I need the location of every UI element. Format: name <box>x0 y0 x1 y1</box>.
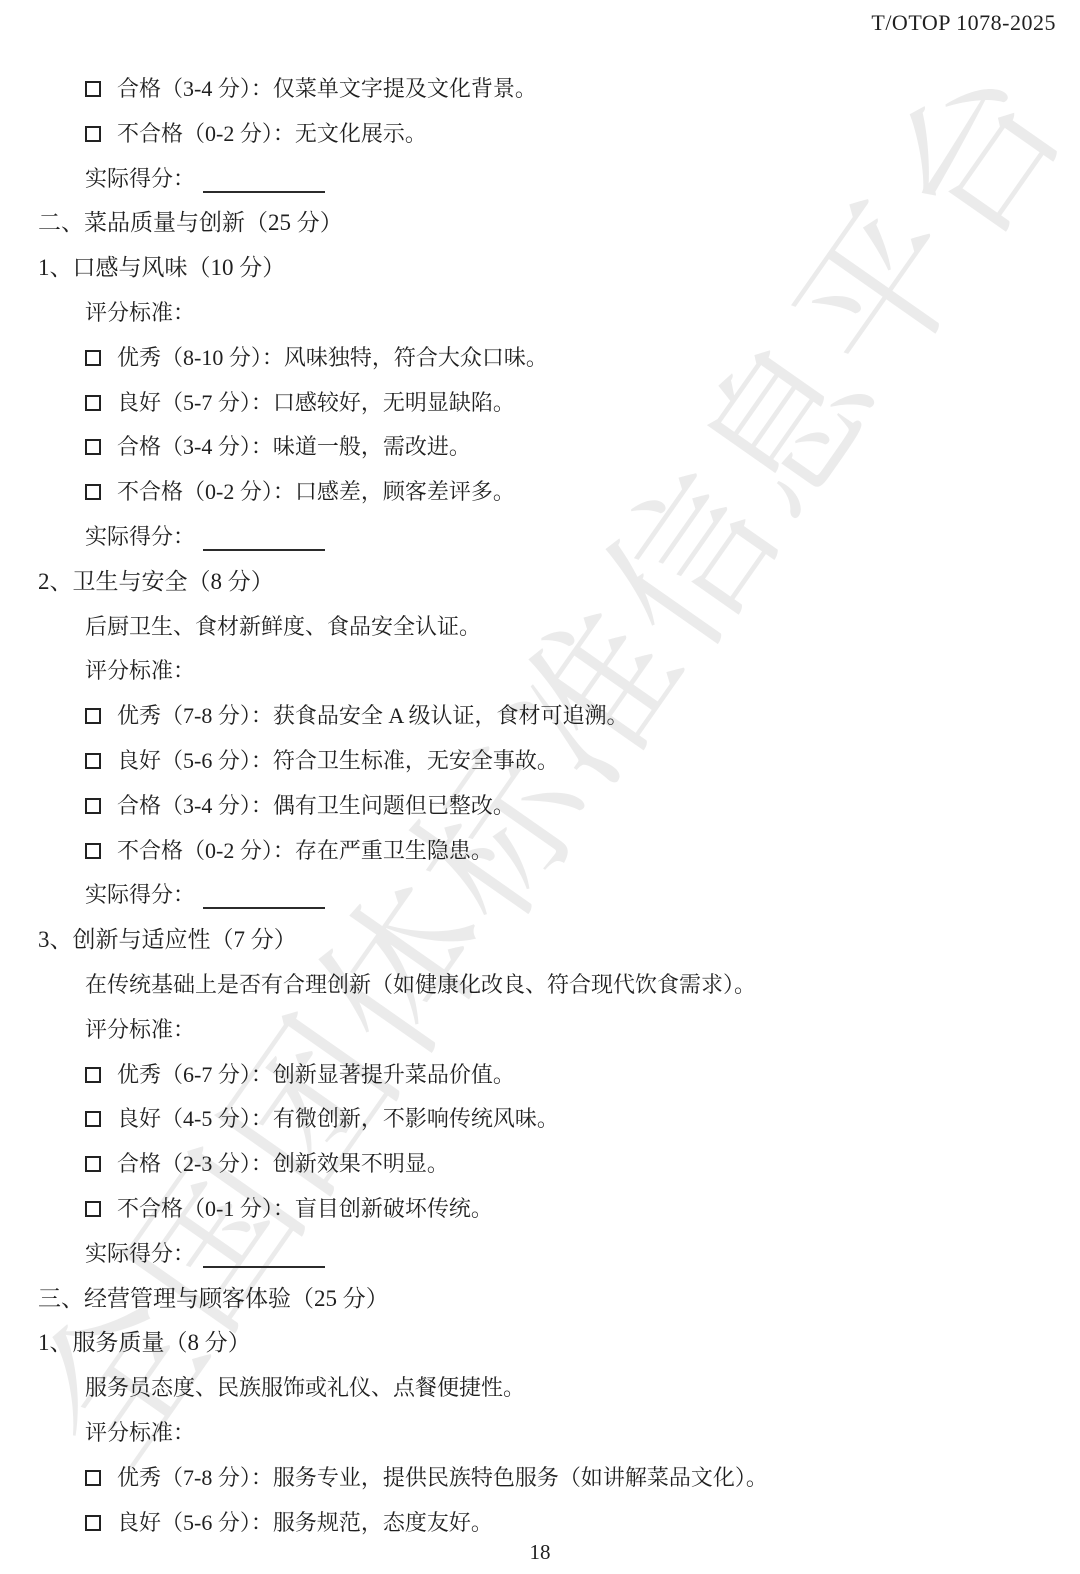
score-line-row: 实际得分： <box>85 164 1055 194</box>
criteria-description: 后厨卫生、食材新鲜度、食品安全认证。 <box>85 612 1055 642</box>
checkbox-icon[interactable] <box>85 1111 101 1127</box>
criteria-option-row: 不合格（0-1 分）：盲目创新破坏传统。 <box>85 1194 1055 1224</box>
checkbox-option-label: 优秀（7-8 分）：获食品安全 A 级认证，食材可追溯。 <box>117 703 629 728</box>
criteria-label: 评分标准： <box>85 1015 1055 1045</box>
checkbox-option-label: 优秀（8-10 分）：风味独特，符合大众口味。 <box>117 345 548 370</box>
score-label: 实际得分： <box>85 524 195 549</box>
criteria-option-row: 优秀（7-8 分）：获食品安全 A 级认证，食材可追溯。 <box>85 701 1055 731</box>
criteria-option-row: 合格（3-4 分）：仅菜单文字提及文化背景。 <box>85 74 1055 104</box>
criteria-label: 评分标准： <box>85 656 1055 686</box>
criteria-option-row: 不合格（0-2 分）：存在严重卫生隐患。 <box>85 836 1055 866</box>
checkbox-icon[interactable] <box>85 1156 101 1172</box>
checkbox-option-label: 良好（5-7 分）：口感较好，无明显缺陷。 <box>117 390 515 415</box>
subsection-heading: 1、服务质量（8 分） <box>38 1328 1055 1358</box>
score-blank-field[interactable] <box>203 885 325 909</box>
checkbox-option-label: 优秀（7-8 分）：服务专业，提供民族特色服务（如讲解菜品文化）。 <box>117 1465 768 1490</box>
score-line-row: 实际得分： <box>85 522 1055 552</box>
criteria-option-row: 不合格（0-2 分）：口感差，顾客差评多。 <box>85 477 1055 507</box>
checkbox-icon[interactable] <box>85 1067 101 1083</box>
checkbox-option-label: 合格（3-4 分）：味道一般，需改进。 <box>117 434 471 459</box>
criteria-option-row: 优秀（7-8 分）：服务专业，提供民族特色服务（如讲解菜品文化）。 <box>85 1463 1055 1493</box>
checkbox-option-label: 合格（3-4 分）：仅菜单文字提及文化背景。 <box>117 76 537 101</box>
page-number: 18 <box>0 1540 1080 1565</box>
subsection-heading: 2、卫生与安全（8 分） <box>38 567 1055 597</box>
checkbox-icon[interactable] <box>85 395 101 411</box>
checkbox-icon[interactable] <box>85 126 101 142</box>
criteria-option-row: 良好（5-7 分）：口感较好，无明显缺陷。 <box>85 388 1055 418</box>
score-line-row: 实际得分： <box>85 1239 1055 1269</box>
criteria-option-row: 合格（3-4 分）：偶有卫生问题但已整改。 <box>85 791 1055 821</box>
criteria-option-row: 良好（5-6 分）：符合卫生标准，无安全事故。 <box>85 746 1055 776</box>
checkbox-option-label: 良好（5-6 分）：服务规范，态度友好。 <box>117 1510 493 1535</box>
criteria-description: 在传统基础上是否有合理创新（如健康化改良、符合现代饮食需求）。 <box>85 970 1055 1000</box>
checkbox-icon[interactable] <box>85 1515 101 1531</box>
checkbox-option-label: 合格（2-3 分）：创新效果不明显。 <box>117 1151 449 1176</box>
checkbox-option-label: 合格（3-4 分）：偶有卫生问题但已整改。 <box>117 793 515 818</box>
checkbox-icon[interactable] <box>85 484 101 500</box>
checkbox-icon[interactable] <box>85 753 101 769</box>
checkbox-icon[interactable] <box>85 1201 101 1217</box>
checkbox-icon[interactable] <box>85 439 101 455</box>
criteria-label: 评分标准： <box>85 298 1055 328</box>
criteria-option-row: 良好（4-5 分）：有微创新，不影响传统风味。 <box>85 1104 1055 1134</box>
checkbox-option-label: 不合格（0-2 分）：无文化展示。 <box>117 121 427 146</box>
checkbox-icon[interactable] <box>85 843 101 859</box>
criteria-label: 评分标准： <box>85 1418 1055 1448</box>
score-blank-field[interactable] <box>203 169 325 193</box>
criteria-option-row: 优秀（8-10 分）：风味独特，符合大众口味。 <box>85 343 1055 373</box>
score-label: 实际得分： <box>85 1241 195 1266</box>
criteria-option-row: 合格（2-3 分）：创新效果不明显。 <box>85 1149 1055 1179</box>
criteria-option-row: 合格（3-4 分）：味道一般，需改进。 <box>85 432 1055 462</box>
criteria-option-row: 不合格（0-2 分）：无文化展示。 <box>85 119 1055 149</box>
checkbox-option-label: 不合格（0-2 分）：口感差，顾客差评多。 <box>117 479 515 504</box>
score-label: 实际得分： <box>85 166 195 191</box>
score-label: 实际得分： <box>85 882 195 907</box>
subsection-heading: 1、口感与风味（10 分） <box>38 253 1055 283</box>
checkbox-icon[interactable] <box>85 708 101 724</box>
score-blank-field[interactable] <box>203 1244 325 1268</box>
checkbox-icon[interactable] <box>85 798 101 814</box>
checkbox-option-label: 不合格（0-2 分）：存在严重卫生隐患。 <box>117 838 493 863</box>
doc-number: T/OTOP 1078-2025 <box>871 10 1056 36</box>
document-body: 合格（3-4 分）：仅菜单文字提及文化背景。不合格（0-2 分）：无文化展示。实… <box>38 74 1055 1552</box>
criteria-description: 服务员态度、民族服饰或礼仪、点餐便捷性。 <box>85 1373 1055 1403</box>
criteria-option-row: 良好（5-6 分）：服务规范，态度友好。 <box>85 1508 1055 1538</box>
checkbox-icon[interactable] <box>85 1470 101 1486</box>
criteria-option-row: 优秀（6-7 分）：创新显著提升菜品价值。 <box>85 1060 1055 1090</box>
section-heading: 三、经营管理与顾客体验（25 分） <box>38 1284 1055 1314</box>
checkbox-option-label: 良好（4-5 分）：有微创新，不影响传统风味。 <box>117 1106 559 1131</box>
checkbox-icon[interactable] <box>85 81 101 97</box>
subsection-heading: 3、创新与适应性（7 分） <box>38 925 1055 955</box>
score-line-row: 实际得分： <box>85 880 1055 910</box>
section-heading: 二、菜品质量与创新（25 分） <box>38 208 1055 238</box>
checkbox-option-label: 不合格（0-1 分）：盲目创新破坏传统。 <box>117 1196 493 1221</box>
checkbox-icon[interactable] <box>85 350 101 366</box>
checkbox-option-label: 优秀（6-7 分）：创新显著提升菜品价值。 <box>117 1062 515 1087</box>
checkbox-option-label: 良好（5-6 分）：符合卫生标准，无安全事故。 <box>117 748 559 773</box>
score-blank-field[interactable] <box>203 527 325 551</box>
